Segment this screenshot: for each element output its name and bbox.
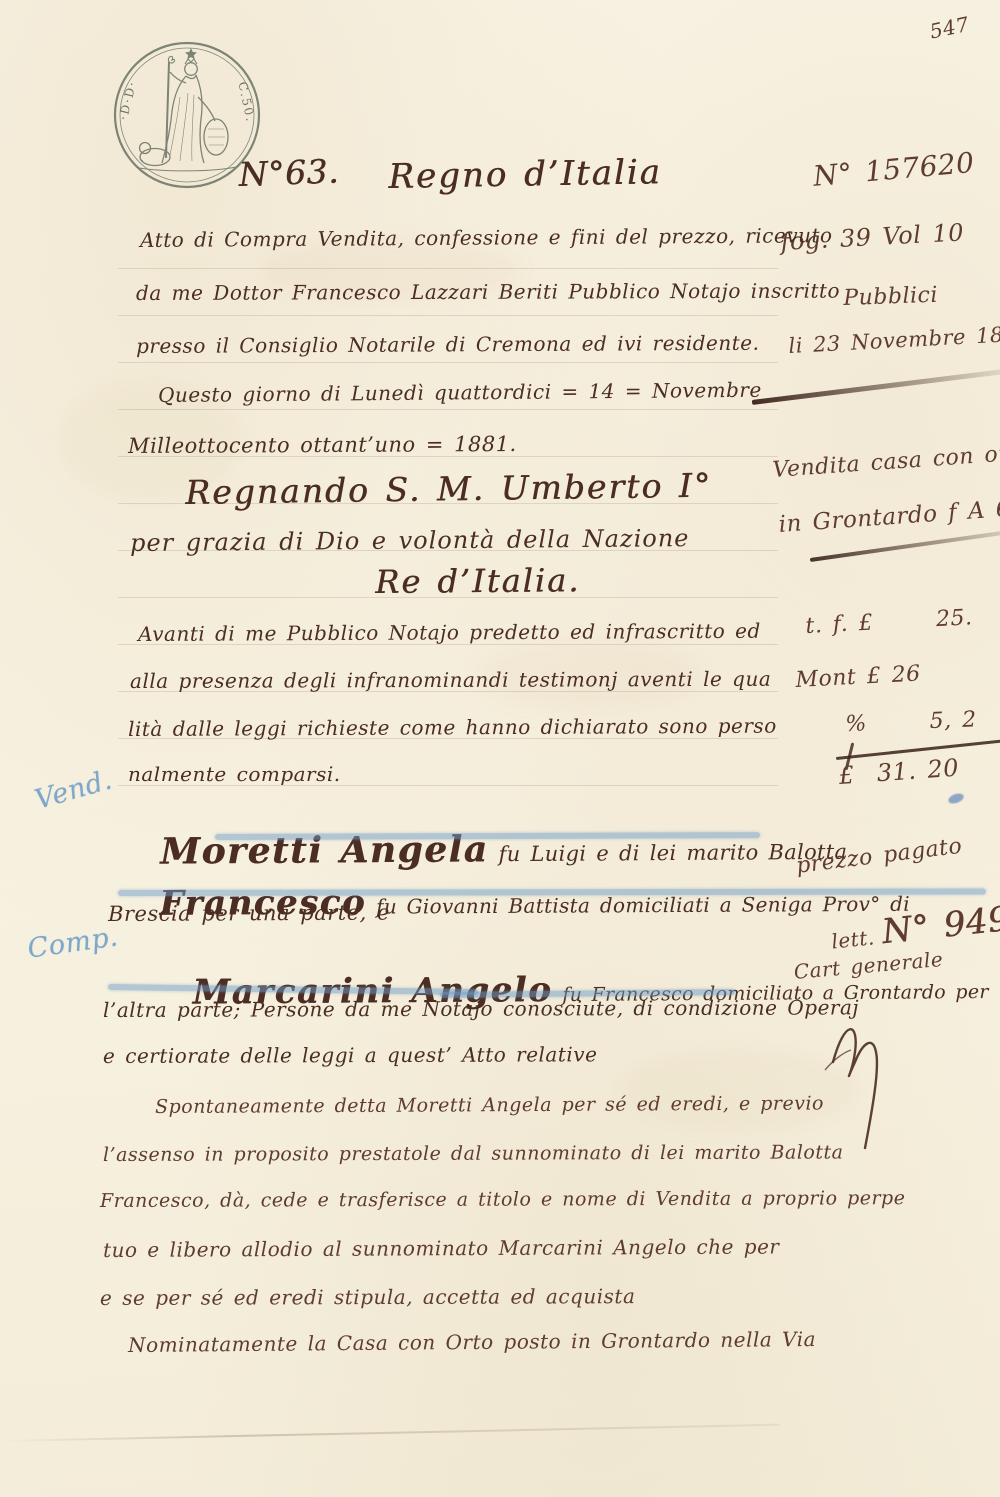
seal-inner-ring — [120, 48, 254, 182]
registration-office: Pubblici — [843, 285, 938, 310]
buyer-line-3: e certiorate delle leggi a quest’ Atto r… — [103, 1044, 597, 1066]
body-line: Milleottocento ottant’uno = 1881. — [128, 434, 517, 457]
price-value: N° 949 — [880, 899, 1000, 952]
tax-total: £ 31. 20 — [838, 756, 960, 788]
ink-flourish — [810, 530, 1000, 561]
deed-line: Nominatamente la Casa con Orto posto in … — [128, 1329, 816, 1355]
body-line: nalmente comparsi. — [128, 764, 341, 784]
tax-line: % 5, 2 — [845, 709, 977, 736]
paper-crease — [0, 1424, 780, 1442]
body-line: Questo giorno di Lunedì quattordici = 14… — [158, 380, 762, 405]
royal-line: per grazia di Dio e volontà della Nazion… — [130, 526, 690, 555]
body-line: presso il Consiglio Notarile di Cremona … — [136, 333, 759, 356]
blue-pencil-mark — [947, 792, 965, 806]
buyer-line-2: l’altra parte; Persone da me Notajo cono… — [103, 997, 859, 1020]
deed-line: tuo e libero allodio al sunnominato Marc… — [103, 1236, 780, 1260]
page-number: 547 — [928, 14, 971, 42]
document-title: Regno d’Italia — [388, 155, 662, 194]
scanned-notarial-document: ·D·D· C.50. 547 N°63. Regno d’Italia N° … — [0, 0, 1000, 1497]
price-currency: lett. — [830, 925, 875, 953]
stamp-left-text: ·D·D· — [116, 79, 139, 122]
registration-date: li 23 Novembre 18 — [788, 325, 1000, 357]
body-line: alla presenza degli infranominandi testi… — [130, 669, 771, 691]
seal-italia-figure — [139, 48, 236, 171]
deed-line: l’assenso in proposito prestatole dal su… — [103, 1143, 843, 1165]
body-line: Atto di Compra Vendita, confessione e fi… — [140, 225, 833, 250]
registration-number: N° 157620 — [812, 149, 976, 191]
deed-line: Francesco, dà, cede e trasferisce a tito… — [100, 1189, 905, 1211]
tax-line: t. f. £ 25. — [805, 607, 973, 638]
body-line: lità dalle leggi richieste come hanno di… — [128, 716, 777, 739]
act-number: N°63. — [238, 154, 339, 190]
tax-line: Mont £ 26 — [795, 663, 921, 692]
deed-line: Spontaneamente detta Moretti Angela per … — [155, 1094, 824, 1117]
body-line: Avanti di me Pubblico Notajo predetto ed… — [138, 621, 761, 644]
body-line: da me Dottor Francesco Lazzari Beriti Pu… — [136, 281, 840, 303]
ink-flourish — [752, 369, 1000, 404]
deed-line: e se per sé ed eredi stipula, accetta ed… — [100, 1286, 635, 1308]
royal-line: Re d’Italia. — [375, 564, 580, 598]
side-subject: in Grontardo f A 6 — [778, 498, 1000, 537]
notary-paraph — [815, 1000, 945, 1150]
vendor-line-3: Brescia per una parte, e — [108, 903, 390, 925]
side-subject: Vendita casa con orto — [772, 442, 1000, 482]
royal-line: Regnando S. M. Umberto I° — [185, 469, 712, 509]
